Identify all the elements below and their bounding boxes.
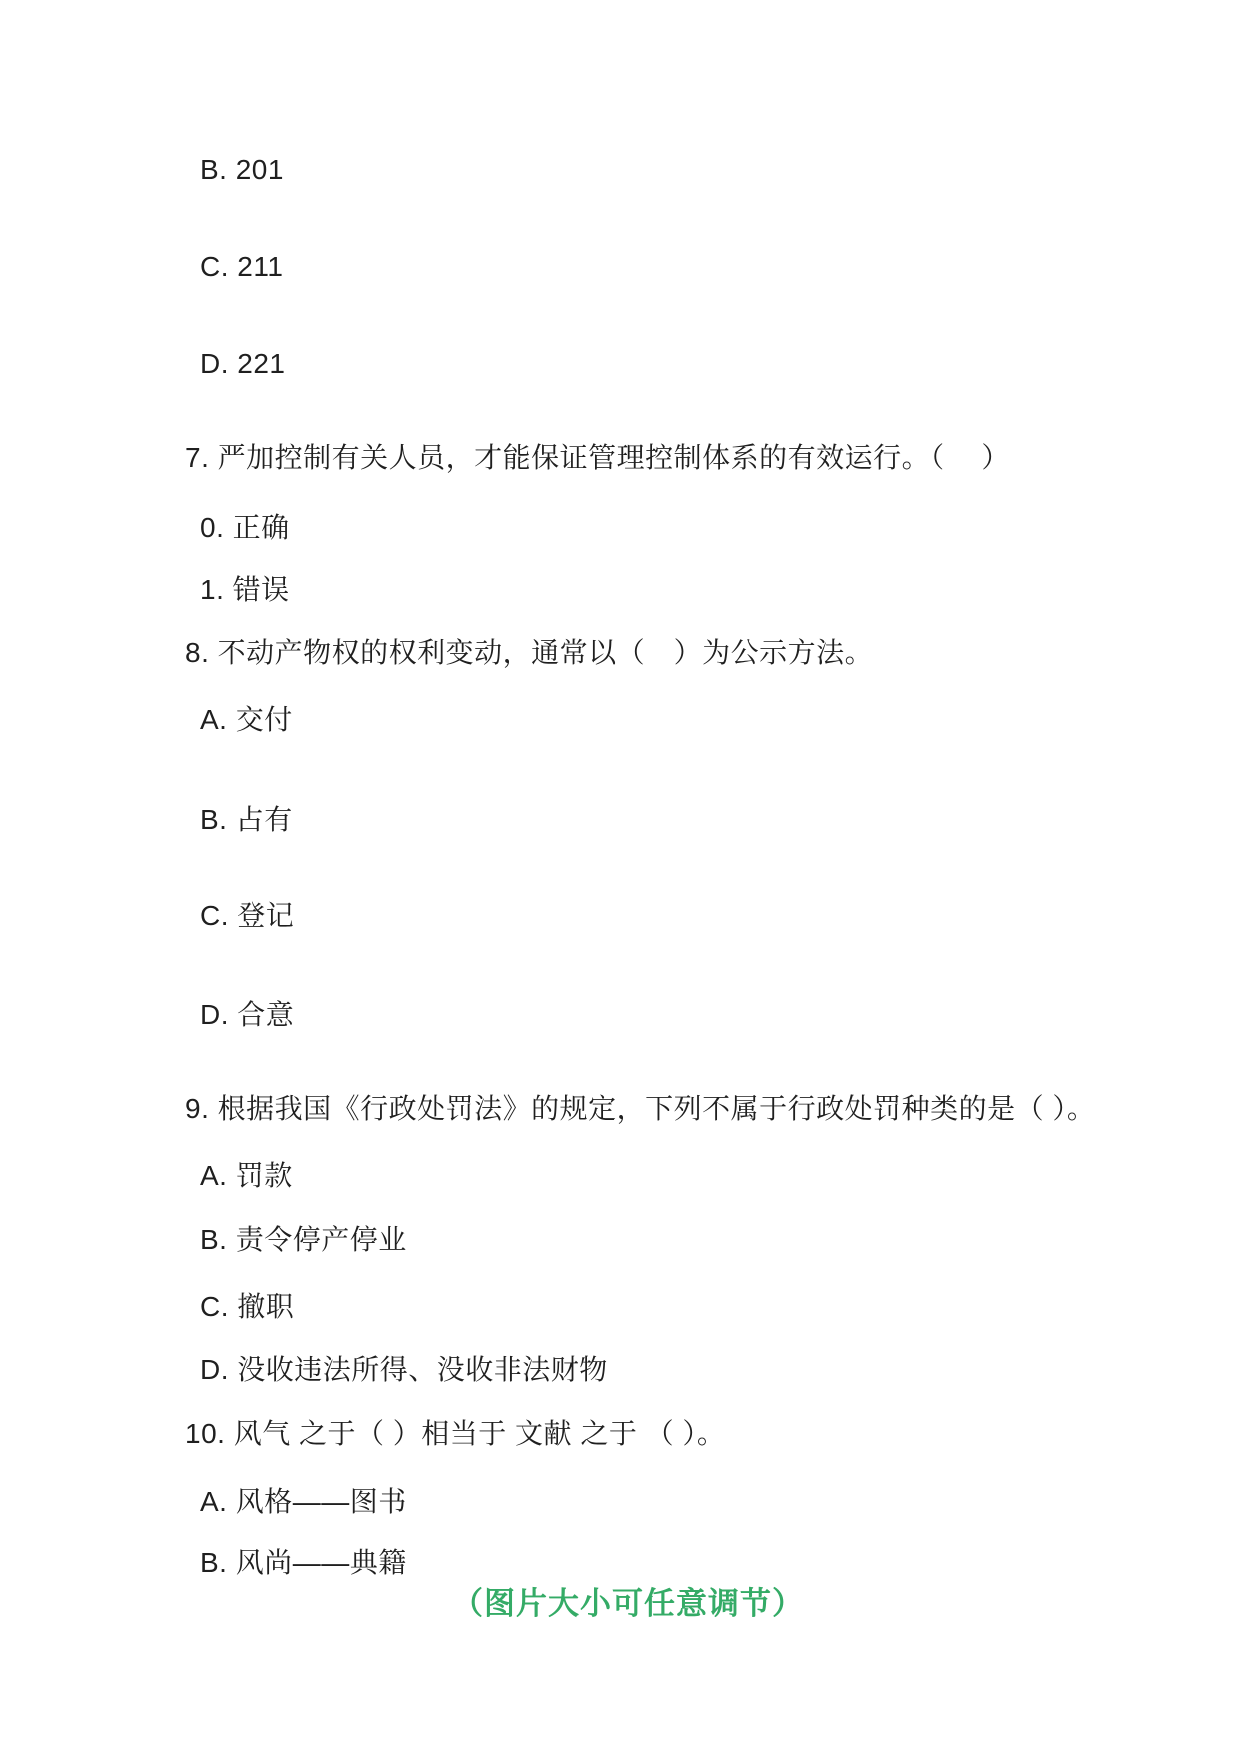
- question-7-stem: 7. 严加控制有关人员，才能保证管理控制体系的有效运行。（ ）: [185, 440, 1010, 475]
- question-9-option-b: B. 责令停产停业: [200, 1222, 407, 1257]
- question-9-option-a: A. 罚款: [200, 1158, 293, 1193]
- question-9-option-d: D. 没收违法所得、没收非法财物: [200, 1352, 608, 1387]
- question-8-stem: 8. 不动产物权的权利变动，通常以（ ）为公示方法。: [185, 635, 873, 670]
- question-10-stem: 10. 风气 之于（ ）相当于 文献 之于 （ ）。: [185, 1416, 725, 1451]
- image-resize-note: （图片大小可任意调节）: [452, 1578, 804, 1623]
- question-10-option-a: A. 风格——图书: [200, 1484, 407, 1519]
- document-page: B. 201 C. 211 D. 221 7. 严加控制有关人员，才能保证管理控…: [0, 0, 1240, 1753]
- question-8-option-a: A. 交付: [200, 702, 293, 737]
- question-8-option-c: C. 登记: [200, 898, 294, 933]
- question-7-option-0: 0. 正确: [200, 510, 290, 545]
- question-8-option-d: D. 合意: [200, 997, 294, 1032]
- question-9-option-c: C. 撤职: [200, 1289, 294, 1324]
- question-9-stem: 9. 根据我国《行政处罚法》的规定，下列不属于行政处罚种类的是（ ）。: [185, 1091, 1095, 1126]
- question-6-option-c: C. 211: [200, 249, 283, 284]
- question-8-option-b: B. 占有: [200, 802, 293, 837]
- question-10-option-b: B. 风尚——典籍: [200, 1545, 407, 1580]
- question-6-option-d: D. 221: [200, 346, 286, 381]
- question-7-option-1: 1. 错误: [200, 572, 290, 607]
- question-6-option-b: B. 201: [200, 152, 284, 187]
